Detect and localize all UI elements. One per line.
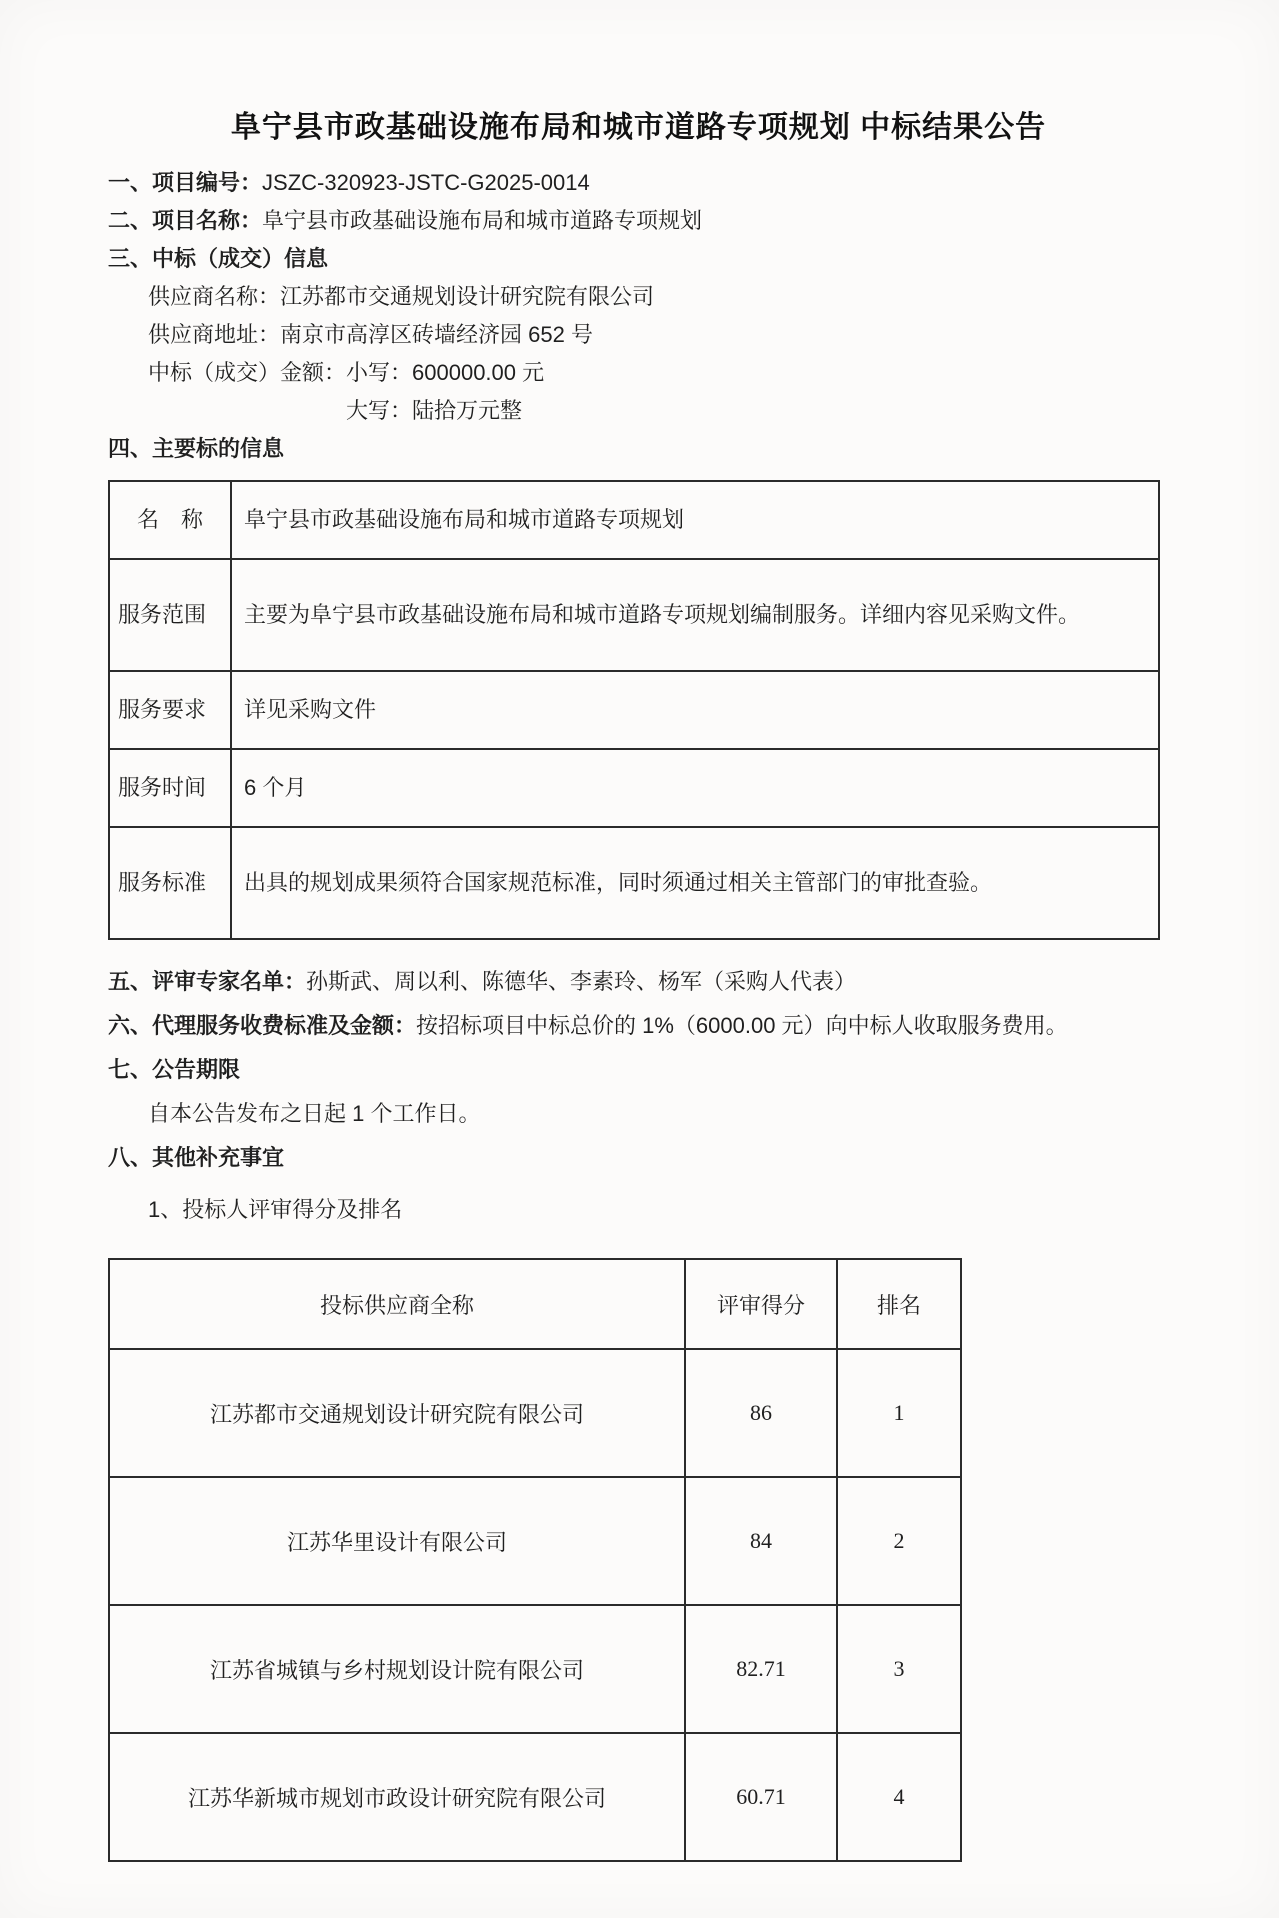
bid-score-table: 投标供应商全称 评审得分 排名 江苏都市交通规划设计研究院有限公司 86 1 江… [108,1258,962,1862]
section-project-number: 一、项目编号：JSZC-320923-JSTC-G2025-0014 [108,164,1169,202]
subject-row-value: 主要为阜宁县市政基础设施布局和城市道路专项规划编制服务。详细内容见采购文件。 [231,559,1159,671]
rank-cell: 1 [837,1349,961,1477]
section-experts: 五、评审专家名单：孙斯武、周以利、陈德华、李素玲、杨军（采购人代表） [108,960,1169,1004]
award-amount-value: 小写：600000.00 元 [346,360,544,385]
project-name-value: 阜宁县市政基础设施布局和城市道路专项规划 [262,208,702,233]
project-number-label: 一、项目编号： [108,170,262,195]
supplier-name-line: 供应商名称：江苏都市交通规划设计研究院有限公司 [108,278,1169,316]
announcement-document: 阜宁县市政基础设施布局和城市道路专项规划 中标结果公告 一、项目编号：JSZC-… [0,0,1279,1918]
agency-fee-label: 六、代理服务收费标准及金额： [108,1013,416,1038]
supplier-name-cell: 江苏都市交通规划设计研究院有限公司 [109,1349,685,1477]
table-row: 江苏都市交通规划设计研究院有限公司 86 1 [109,1349,961,1477]
score-cell: 86 [685,1349,837,1477]
award-amount-words-line: 大写：陆拾万元整 [108,392,1169,430]
supplier-name-cell: 江苏省城镇与乡村规划设计院有限公司 [109,1605,685,1733]
section-agency-fee: 六、代理服务收费标准及金额：按招标项目中标总价的 1%（6000.00 元）向中… [108,1004,1166,1048]
subject-row-label: 服务标准 [109,827,231,939]
column-header-supplier: 投标供应商全称 [109,1259,685,1349]
section-subject-info-heading: 四、主要标的信息 [108,430,1169,468]
experts-label: 五、评审专家名单： [108,969,306,994]
table-row: 服务时间 6 个月 [109,749,1159,827]
subject-row-label: 服务范围 [109,559,231,671]
supplier-name-cell: 江苏华新城市规划市政设计研究院有限公司 [109,1733,685,1861]
table-header-row: 投标供应商全称 评审得分 排名 [109,1259,961,1349]
section-award-info-heading: 三、中标（成交）信息 [108,240,1169,278]
section-announcement-period-heading: 七、公告期限 [108,1048,1169,1092]
project-name-label: 二、项目名称： [108,208,262,233]
table-row: 江苏华里设计有限公司 84 2 [109,1477,961,1605]
subject-row-label: 服务要求 [109,671,231,749]
announcement-period-value: 自本公告发布之日起 1 个工作日。 [108,1092,1169,1136]
subject-row-value: 阜宁县市政基础设施布局和城市道路专项规划 [231,481,1159,559]
project-number-value: JSZC-320923-JSTC-G2025-0014 [262,170,590,195]
subject-info-table: 名 称 阜宁县市政基础设施布局和城市道路专项规划 服务范围 主要为阜宁县市政基础… [108,480,1160,940]
agency-fee-value: 按招标项目中标总价的 1%（6000.00 元）向中标人收取服务费用。 [416,1013,1068,1038]
subject-row-value: 详见采购文件 [231,671,1159,749]
supplier-name-label: 供应商名称： [148,284,280,309]
subject-row-label: 名 称 [109,481,231,559]
award-amount-words-value: 陆拾万元整 [412,398,522,423]
table-row: 服务范围 主要为阜宁县市政基础设施布局和城市道路专项规划编制服务。详细内容见采购… [109,559,1159,671]
award-amount-words-label: 大写： [346,398,412,423]
subject-row-value: 6 个月 [231,749,1159,827]
score-ranking-subheading: 1、投标人评审得分及排名 [108,1188,1169,1232]
subject-row-value: 出具的规划成果须符合国家规范标准，同时须通过相关主管部门的审批查验。 [231,827,1159,939]
score-cell: 82.71 [685,1605,837,1733]
lower-sections: 五、评审专家名单：孙斯武、周以利、陈德华、李素玲、杨军（采购人代表） 六、代理服… [108,960,1169,1232]
column-header-rank: 排名 [837,1259,961,1349]
award-amount-line: 中标（成交）金额：小写：600000.00 元 [108,354,1169,392]
table-row: 服务要求 详见采购文件 [109,671,1159,749]
rank-cell: 4 [837,1733,961,1861]
supplier-address-line: 供应商地址：南京市高淳区砖墙经济园 652 号 [108,316,1169,354]
page-title: 阜宁县市政基础设施布局和城市道路专项规划 中标结果公告 [108,106,1169,150]
table-row: 服务标准 出具的规划成果须符合国家规范标准，同时须通过相关主管部门的审批查验。 [109,827,1159,939]
rank-cell: 3 [837,1605,961,1733]
spacer [108,1180,1169,1188]
supplier-name-value: 江苏都市交通规划设计研究院有限公司 [280,284,654,309]
rank-cell: 2 [837,1477,961,1605]
supplier-address-label: 供应商地址： [148,322,280,347]
experts-value: 孙斯武、周以利、陈德华、李素玲、杨军（采购人代表） [306,969,856,994]
section-other-heading: 八、其他补充事宜 [108,1136,1169,1180]
award-amount-label: 中标（成交）金额： [148,360,346,385]
score-cell: 60.71 [685,1733,837,1861]
table-row: 江苏华新城市规划市政设计研究院有限公司 60.71 4 [109,1733,961,1861]
table-row: 江苏省城镇与乡村规划设计院有限公司 82.71 3 [109,1605,961,1733]
supplier-name-cell: 江苏华里设计有限公司 [109,1477,685,1605]
supplier-address-value: 南京市高淳区砖墙经济园 652 号 [280,322,593,347]
table-row: 名 称 阜宁县市政基础设施布局和城市道路专项规划 [109,481,1159,559]
spacer [108,940,1169,960]
column-header-score: 评审得分 [685,1259,837,1349]
score-cell: 84 [685,1477,837,1605]
subject-row-label: 服务时间 [109,749,231,827]
section-project-name: 二、项目名称：阜宁县市政基础设施布局和城市道路专项规划 [108,202,1169,240]
